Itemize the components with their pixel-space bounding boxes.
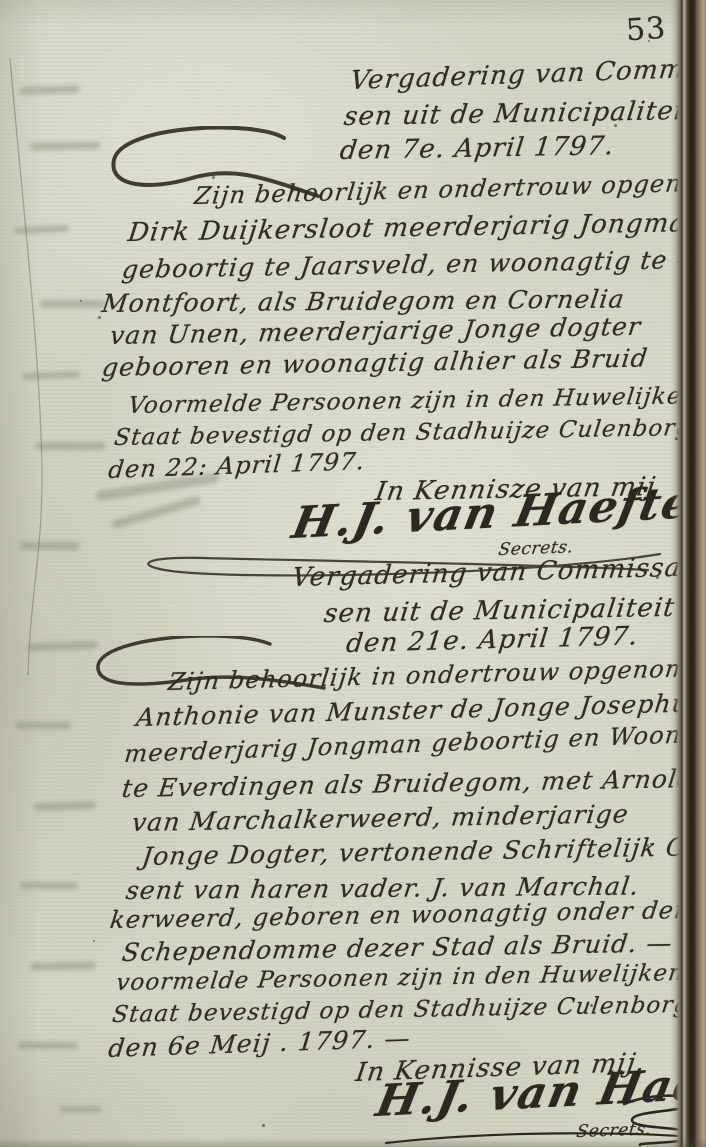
entry1-heading-line: sen uit de Municipaliteit [342,96,696,132]
entry1-body-line: gebooren en woonagtig alhier als Bruid [100,343,649,382]
page-number: 53 [625,11,668,49]
scanned-manuscript-page: 53 Vergadering van Commissaris. sen uit … [0,0,706,1147]
entry1-body-line: geboortig te Jaarsveld, en woonagtig te … [120,245,704,284]
entry1-body-line: Zijn behoorlijk en ondertrouw opgenomen … [193,167,706,210]
entry2-body-line: van Marchalkerweerd, minderjarige [130,799,630,837]
entry1-body-line: Voormelde Persoonen zijn in den Huwelijk… [127,383,699,419]
entry2-heading-line: Vergadering van Commissaris. [291,552,706,593]
entry2-heading-line: den 21e. April 1797. [345,621,641,659]
entry2-body-line: Staat bevestigd op den Stadhuijze Culenb… [111,992,691,1028]
entry1-body-line: Dirk Duijkersloot meerderjarig Jongman [126,208,706,248]
entry1-body-line: den 22: April 1797. [107,447,367,484]
entry2-body-line: te Everdingen als Bruidegom, met Arnolda [120,764,706,803]
entry1-heading-line: den 7e. April 1797. [338,131,616,166]
entry1-body-line: Staat bevestigd op den Stadhuijze Culenb… [113,415,693,451]
bottom-edge-shadow [0,1138,706,1147]
entry2-body-line: Jonge Dogter, vertonende Schriftelijk Co… [140,832,706,871]
book-binding-edge [670,0,706,1147]
entry1-heading-line: Vergadering van Commissaris. [349,51,706,96]
